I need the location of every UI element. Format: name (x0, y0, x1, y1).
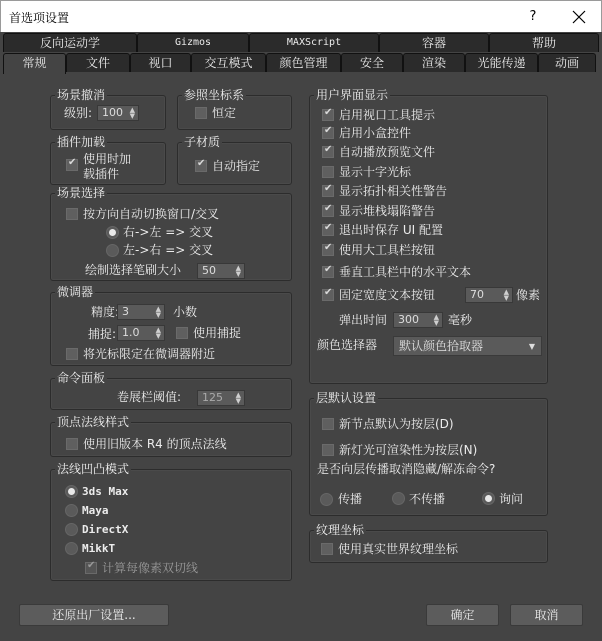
group-title: 层默认设置 (314, 390, 378, 406)
tab-gizmos[interactable]: Gizmos (137, 33, 249, 52)
crosshair-cursor-checkbox[interactable] (322, 166, 334, 178)
spinner-arrows-icon[interactable]: ▲▼ (236, 392, 241, 404)
rollout-threshold-spinner[interactable]: 125 ▲▼ (197, 390, 245, 406)
load-on-use-label-2: 载插件 (83, 166, 119, 182)
tab-containers[interactable]: 容器 (379, 33, 489, 52)
cancel-button[interactable]: 取消 (510, 604, 583, 626)
group-ui-display: 用户界面显示 启用视口工具提示 启用小盒控件 自动播放预览文件 显示十字光标 显… (309, 95, 548, 384)
group-title: 法线凹凸模式 (55, 461, 131, 477)
tab-row-lower: 常规 文件 视口 交互模式 颜色管理 安全 渲染 光能传递 动画 (3, 53, 596, 72)
crosshair-cursor-label: 显示十字光标 (339, 164, 411, 180)
constant-label: 恒定 (212, 105, 236, 121)
close-button[interactable] (561, 5, 597, 29)
close-icon (572, 10, 586, 24)
use-snap-label: 使用捕捉 (193, 325, 241, 341)
flyout-time-label: 弹出时间 (339, 312, 387, 328)
precision-spinner[interactable]: 3 ▲▼ (117, 304, 165, 320)
group-scene-selection: 场景选择 按方向自动切换窗口/交叉 右->左 => 交叉 左->右 => 交叉 … (50, 193, 292, 281)
radio-no-propagate[interactable] (392, 492, 405, 505)
group-spinners: 微调器 精度: 3 ▲▼ 小数 捕捉: 1.0 ▲▼ 使用捕捉 将光标限定在微调… (50, 292, 292, 366)
title-bar: 首选项设置 ? (0, 0, 602, 32)
tab-viewports[interactable]: 视口 (130, 53, 191, 72)
wrap-cursor-checkbox[interactable] (66, 348, 78, 360)
use-snap-checkbox[interactable] (176, 327, 188, 339)
topology-warning-label: 显示拓扑相关性警告 (339, 183, 447, 199)
spinner-arrows-icon[interactable]: ▲▼ (156, 327, 161, 339)
tab-files[interactable]: 文件 (66, 53, 130, 72)
per-pixel-label: 计算每像素双切线 (102, 560, 198, 576)
spinner-arrows-icon[interactable]: ▲▼ (130, 107, 135, 119)
group-plugin-loading: 插件加载 使用时加 载插件 (50, 142, 166, 185)
tab-help[interactable]: 帮助 (489, 33, 599, 52)
radio-ask[interactable] (482, 492, 495, 505)
window-title: 首选项设置 (9, 9, 69, 26)
tab-rendering[interactable]: 渲染 (403, 53, 465, 72)
precision-value: 3 (122, 305, 129, 318)
group-title: 顶点法线样式 (55, 414, 131, 430)
group-title: 命令面板 (55, 370, 107, 386)
radio-propagate[interactable] (320, 493, 333, 506)
radio-left-right-label: 左->右 => 交叉 (123, 242, 213, 258)
load-on-use-label-1: 使用时加 (83, 151, 131, 167)
flyout-time-spinner[interactable]: 300 ▲▼ (393, 312, 443, 328)
group-title: 插件加载 (55, 134, 107, 150)
legacy-r4-checkbox[interactable] (66, 438, 78, 450)
new-nodes-bylayer-checkbox[interactable] (322, 418, 334, 430)
chevron-down-icon: ▼ (529, 338, 535, 356)
real-world-coords-checkbox[interactable] (321, 543, 333, 555)
group-title: 子材质 (182, 134, 222, 150)
spinner-arrows-icon[interactable]: ▲▼ (236, 265, 241, 277)
new-nodes-bylayer-label: 新节点默认为按层(D) (339, 416, 454, 432)
gizmo-checkbox[interactable] (322, 127, 334, 139)
group-scene-undo: 场景撤消 级别: 100 ▲▼ (50, 95, 166, 130)
auto-assign-label: 自动指定 (212, 158, 260, 174)
radio-maya[interactable] (65, 504, 78, 517)
undo-level-spinner[interactable]: 100 ▲▼ (97, 105, 139, 121)
group-sub-material: 子材质 自动指定 (177, 142, 292, 185)
spinner-arrows-icon[interactable]: ▲▼ (156, 306, 161, 318)
propagate-question: 是否向层传播取消隐藏/解冻命令? (317, 461, 495, 477)
brush-size-spinner[interactable]: 50 ▲▼ (197, 263, 245, 279)
radio-mikkt-label: MikkT (82, 541, 115, 557)
fixed-width-spinner[interactable]: 70 ▲▼ (465, 287, 513, 303)
tab-general[interactable]: 常规 (3, 53, 66, 74)
load-on-use-checkbox[interactable] (66, 159, 78, 171)
radio-mikkt[interactable] (65, 542, 78, 555)
tab-color-management[interactable]: 颜色管理 (266, 53, 341, 72)
color-picker-dropdown[interactable]: 默认颜色拾取器 ▼ (393, 336, 542, 356)
group-title: 场景撤消 (55, 87, 107, 103)
group-texture-coords: 纹理坐标 使用真实世界纹理坐标 (309, 530, 548, 563)
new-lights-bylayer-checkbox[interactable] (322, 444, 334, 456)
stack-collapse-warning-label: 显示堆栈塌陷警告 (339, 203, 435, 219)
radio-directx-label: DirectX (82, 522, 128, 538)
group-title: 纹理坐标 (314, 522, 366, 538)
reset-to-factory-button[interactable]: 还原出厂设置... (19, 604, 169, 626)
rollout-threshold-label: 卷展栏阈值: (117, 389, 181, 405)
flyout-time-value: 300 (398, 313, 419, 326)
tab-animation[interactable]: 动画 (538, 53, 596, 72)
color-picker-value: 默认颜色拾取器 (399, 339, 483, 353)
spinner-arrows-icon[interactable]: ▲▼ (504, 289, 509, 301)
autoplay-preview-checkbox[interactable] (322, 146, 334, 158)
undo-level-value: 100 (102, 106, 123, 119)
spinner-arrows-icon[interactable]: ▲▼ (434, 314, 439, 326)
fixed-width-text-label: 固定宽度文本按钮 (339, 287, 435, 303)
radio-right-left[interactable] (106, 226, 119, 239)
radio-maya-label: Maya (82, 503, 109, 519)
radio-3dsmax[interactable] (65, 485, 78, 498)
brush-size-label: 绘制选择笔刷大小 (85, 262, 181, 278)
real-world-coords-label: 使用真实世界纹理坐标 (338, 541, 458, 557)
per-pixel-checkbox[interactable] (85, 562, 97, 574)
group-layer-defaults: 层默认设置 新节点默认为按层(D) 新灯光可渲染性为按层(N) 是否向层传播取消… (309, 398, 548, 516)
fixed-width-value: 70 (470, 288, 484, 301)
color-picker-label: 颜色选择器 (317, 337, 377, 353)
new-lights-bylayer-label: 新灯光可渲染性为按层(N) (339, 442, 477, 458)
radio-3dsmax-label: 3ds Max (82, 484, 128, 500)
snap-spinner[interactable]: 1.0 ▲▼ (117, 325, 165, 341)
save-ui-config-label: 退出时保存 UI 配置 (339, 222, 443, 238)
fixed-width-text-checkbox[interactable] (322, 289, 334, 301)
wrap-cursor-label: 将光标限定在微调器附近 (83, 346, 215, 362)
group-title: 用户界面显示 (314, 87, 390, 103)
horizontal-text-checkbox[interactable] (322, 266, 334, 278)
precision-unit: 小数 (173, 304, 197, 320)
group-command-panel: 命令面板 卷展栏阈值: 125 ▲▼ (50, 378, 292, 410)
tab-security[interactable]: 安全 (341, 53, 403, 72)
large-toolbar-buttons-label: 使用大工具栏按钮 (339, 242, 435, 258)
viewport-tooltips-label: 启用视口工具提示 (339, 107, 435, 123)
constant-checkbox[interactable] (195, 107, 207, 119)
group-vertex-normal: 顶点法线样式 使用旧版本 R4 的顶点法线 (50, 422, 292, 457)
precision-label: 精度: (91, 304, 119, 320)
fixed-width-unit: 像素 (516, 287, 540, 303)
ok-button[interactable]: 确定 (426, 604, 499, 626)
radio-propagate-label: 传播 (338, 491, 362, 507)
tab-maxscript[interactable]: MAXScript (249, 33, 379, 52)
tab-row-upper: 反向运动学 Gizmos MAXScript 容器 帮助 (3, 33, 599, 52)
group-title: 微调器 (55, 284, 95, 300)
auto-switch-checkbox[interactable] (66, 208, 78, 220)
tab-ik[interactable]: 反向运动学 (3, 33, 137, 52)
group-ref-coord: 参照坐标系 恒定 (177, 95, 292, 130)
radio-ask-label: 询问 (499, 491, 523, 507)
radio-directx[interactable] (65, 523, 78, 536)
flyout-time-unit: 毫秒 (448, 312, 472, 328)
gizmo-label: 启用小盒控件 (339, 125, 411, 141)
snap-value: 1.0 (122, 326, 140, 339)
brush-size-value: 50 (202, 264, 216, 277)
tab-interaction-mode[interactable]: 交互模式 (191, 53, 266, 72)
legacy-r4-label: 使用旧版本 R4 的顶点法线 (83, 436, 227, 452)
save-ui-config-checkbox[interactable] (322, 224, 334, 236)
rollout-threshold-value: 125 (202, 391, 223, 404)
snap-label: 捕捉: (88, 326, 116, 342)
stack-collapse-warning-checkbox[interactable] (322, 205, 334, 217)
auto-switch-label: 按方向自动切换窗口/交叉 (83, 206, 219, 222)
radio-right-left-label: 右->左 => 交叉 (123, 224, 213, 240)
group-normal-bump: 法线凹凸模式 3ds Max Maya DirectX MikkT 计算每像素双… (50, 469, 292, 581)
topology-warning-checkbox[interactable] (322, 185, 334, 197)
auto-assign-checkbox[interactable] (195, 160, 207, 172)
help-button[interactable]: ? (521, 6, 545, 28)
undo-level-label: 级别: (64, 105, 92, 121)
group-title: 参照坐标系 (182, 87, 246, 103)
horizontal-text-label: 垂直工具栏中的水平文本 (339, 264, 471, 280)
tab-radiosity[interactable]: 光能传递 (465, 53, 538, 72)
radio-no-propagate-label: 不传播 (409, 491, 445, 507)
autoplay-preview-label: 自动播放预览文件 (339, 144, 435, 160)
group-title: 场景选择 (55, 185, 107, 201)
radio-left-right[interactable] (106, 244, 119, 257)
viewport-tooltips-checkbox[interactable] (322, 109, 334, 121)
large-toolbar-buttons-checkbox[interactable] (322, 244, 334, 256)
